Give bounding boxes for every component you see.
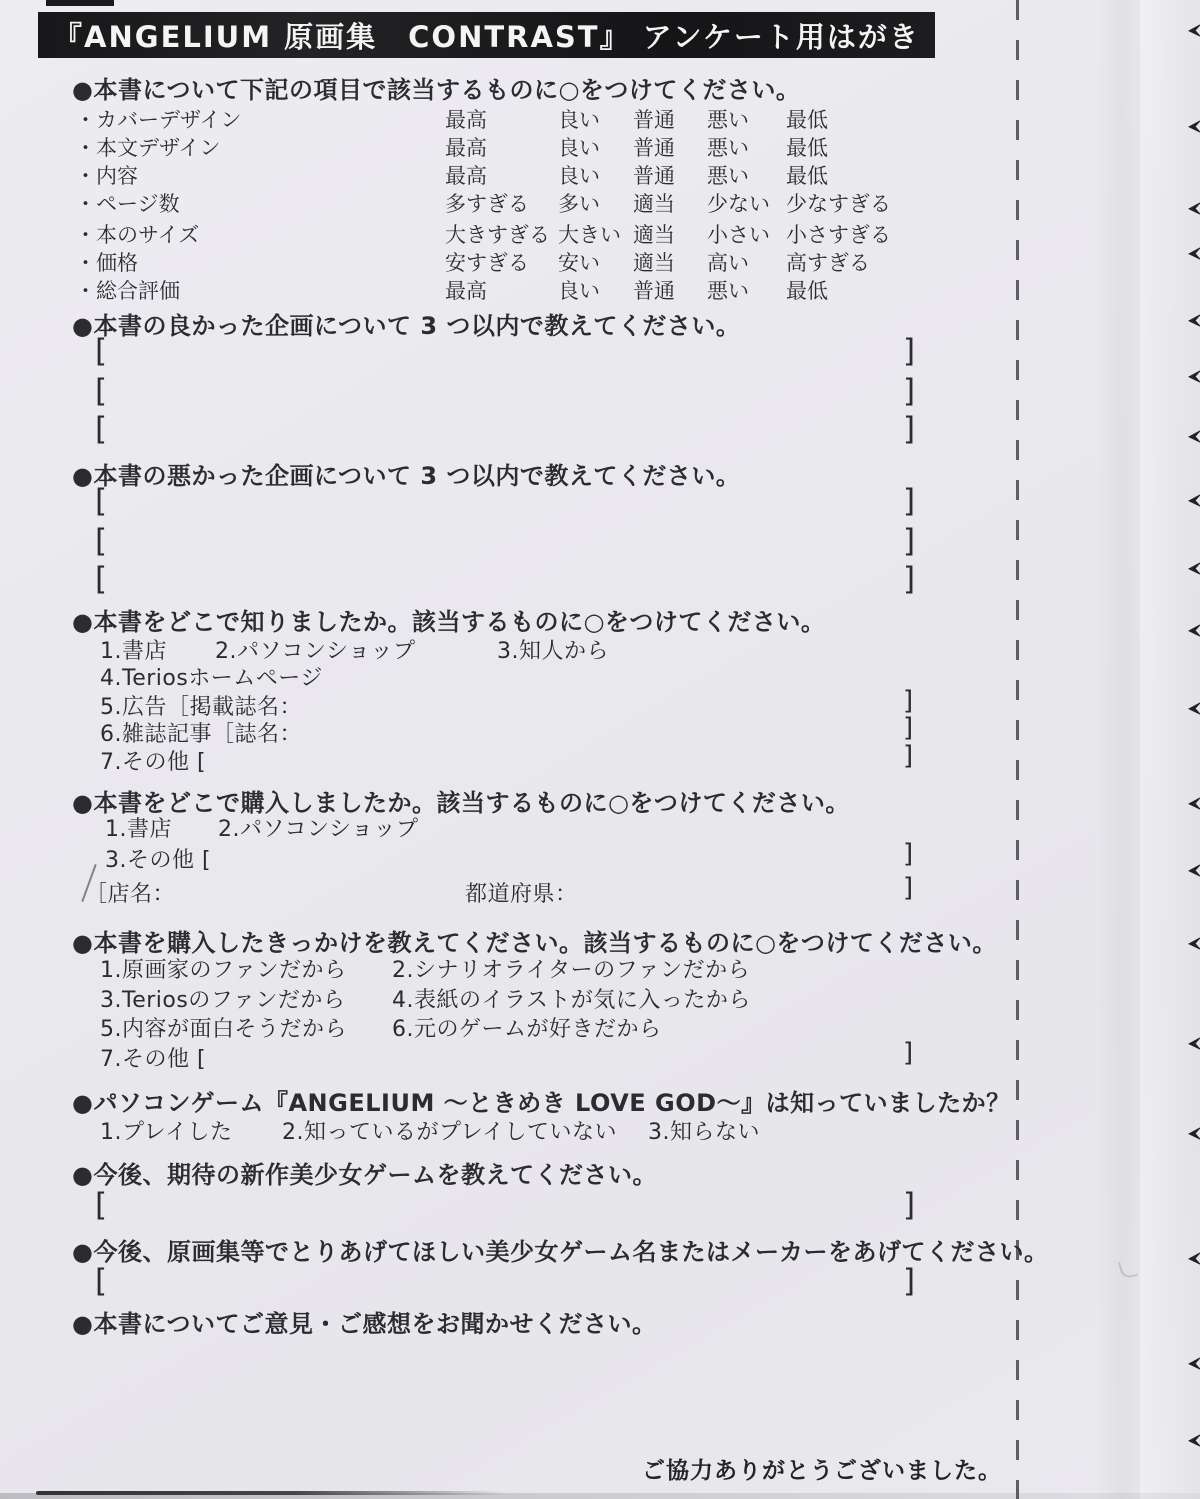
scan-edge-artifact bbox=[46, 0, 114, 6]
bracket-open: [ bbox=[95, 526, 107, 557]
heading-purchase: ●本書をどこで購入しましたか。該当するものに○をつけてください。 bbox=[72, 783, 850, 818]
game-option-unknown: 3.知らない bbox=[648, 1115, 760, 1146]
paper-edge-strip bbox=[1140, 0, 1200, 1499]
title-bar: 『ANGELIUM 原画集 CONTRAST』 アンケート用はがき bbox=[38, 12, 935, 58]
rating-option: 普通 bbox=[633, 104, 675, 134]
bracket-close: ] bbox=[903, 376, 915, 407]
bracket-open: [ bbox=[95, 1190, 107, 1221]
purchase-option-pcshop: 2.パソコンショップ bbox=[218, 812, 419, 843]
trigger-option-3: 3.Teriosのファンだから bbox=[100, 983, 345, 1014]
heading-comments: ●本書についてご意見・ご感想をお聞かせください。 bbox=[72, 1304, 656, 1339]
bracket-open: [ bbox=[95, 336, 107, 367]
rating-label: ・ページ数 bbox=[75, 188, 180, 218]
rating-option: 最低 bbox=[786, 104, 828, 134]
rating-option: 最低 bbox=[786, 160, 828, 190]
answer-blank-field: [ ] bbox=[0, 1266, 1000, 1302]
trigger-option-1: 1.原画家のファンだから bbox=[100, 953, 347, 984]
rating-option: 安い bbox=[558, 247, 600, 277]
rating-option: 大きすぎる bbox=[445, 219, 550, 249]
rating-option: 普通 bbox=[633, 160, 675, 190]
trigger-option-2: 2.シナリオライターのファンだから bbox=[392, 953, 750, 984]
rating-option: 悪い bbox=[707, 132, 749, 162]
bracket-open: [ bbox=[95, 414, 107, 445]
purchase-option-bookstore: 1.書店 bbox=[105, 812, 172, 843]
rating-option: 安すぎる bbox=[445, 247, 529, 277]
heading-game: ●パソコンゲーム『ANGELIUM ～ときめき LOVE GOD～』は知っていま… bbox=[72, 1083, 1011, 1118]
heading-source: ●本書をどこで知りましたか。該当するものに○をつけてください。 bbox=[72, 602, 825, 637]
rating-row-overall: ・総合評価 最高 良い 普通 悪い 最低 bbox=[0, 275, 1000, 301]
bracket-close: ] bbox=[903, 1190, 915, 1221]
trigger-option-4: 4.表紙のイラストが気に入ったから bbox=[392, 983, 751, 1014]
heading-ratings: ●本書について下記の項目で該当するものに○をつけてください。 bbox=[72, 70, 800, 105]
rating-option: 普通 bbox=[633, 275, 675, 305]
rating-option: 最低 bbox=[786, 275, 828, 305]
rating-option: 適当 bbox=[633, 247, 675, 277]
game-option-played: 1.プレイした bbox=[100, 1115, 233, 1146]
rating-option: 良い bbox=[558, 275, 600, 305]
rating-label: ・内容 bbox=[75, 160, 138, 190]
game-option-known-not-played: 2.知っているがプレイしていない bbox=[282, 1115, 617, 1146]
bracket-close: ] bbox=[903, 336, 915, 367]
thanks-message: ご協力ありがとうございました。 bbox=[642, 1452, 1002, 1485]
rating-option: 多い bbox=[558, 188, 600, 218]
rating-option: 高い bbox=[707, 247, 749, 277]
rating-row-cover: ・カバーデザイン 最高 良い 普通 悪い 最低 bbox=[0, 104, 1000, 130]
bracket-close: ] bbox=[903, 841, 913, 867]
answer-blank-field: [ ] bbox=[0, 336, 1000, 372]
bracket-open: [ bbox=[95, 1266, 107, 1297]
rating-option: 悪い bbox=[707, 160, 749, 190]
answer-blank-field: [ ] bbox=[0, 564, 1000, 600]
trigger-option-5: 5.内容が面白そうだから bbox=[100, 1012, 347, 1043]
rating-option: 良い bbox=[558, 160, 600, 190]
answer-blank-field: [ ] bbox=[0, 414, 1000, 450]
rating-row-pages: ・ページ数 多すぎる 多い 適当 少ない 少なすぎる bbox=[0, 188, 1000, 214]
rating-option: 最高 bbox=[445, 104, 487, 134]
rating-option: 大きい bbox=[558, 219, 621, 249]
purchase-prefecture-label: 都道府県： bbox=[465, 877, 578, 908]
bracket-close: ] bbox=[903, 715, 913, 741]
rating-option: 小さすぎる bbox=[786, 219, 891, 249]
rating-label: ・カバーデザイン bbox=[75, 104, 242, 134]
heading-future-games: ●今後、期待の新作美少女ゲームを教えてください。 bbox=[72, 1155, 657, 1190]
bracket-open: [ bbox=[95, 376, 107, 407]
page-title: 『ANGELIUM 原画集 CONTRAST』 アンケート用はがき bbox=[53, 15, 920, 56]
bracket-close: ] bbox=[903, 875, 913, 901]
answer-blank-field: [ ] bbox=[0, 376, 1000, 412]
purchase-option-other: 3.その他 [ bbox=[105, 843, 211, 874]
rating-option: 最高 bbox=[445, 132, 487, 162]
rating-label: ・価格 bbox=[75, 247, 138, 277]
rating-option: 悪い bbox=[707, 275, 749, 305]
questionnaire-postcard-scan: 『ANGELIUM 原画集 CONTRAST』 アンケート用はがき ●本書につい… bbox=[0, 0, 1200, 1499]
rating-row-content: ・内容 最高 良い 普通 悪い 最低 bbox=[0, 160, 1000, 186]
bracket-close: ] bbox=[903, 486, 915, 517]
rating-option: 多すぎる bbox=[445, 188, 529, 218]
rating-option: 悪い bbox=[707, 104, 749, 134]
rating-row-size: ・本のサイズ 大きすぎる 大きい 適当 小さい 小さすぎる bbox=[0, 219, 1000, 245]
purchase-store-name-label: ［店名： bbox=[85, 877, 175, 908]
bracket-close: ] bbox=[903, 1040, 913, 1066]
answer-blank-field: [ ] bbox=[0, 486, 1000, 522]
answer-blank-field: [ ] bbox=[0, 526, 1000, 562]
answer-blank-field: [ ] bbox=[0, 1190, 1000, 1226]
fold-dashed-line bbox=[1016, 0, 1019, 1499]
bracket-close: ] bbox=[903, 688, 913, 714]
trigger-option-7: 7.その他 [ bbox=[100, 1042, 206, 1073]
rating-option: 適当 bbox=[633, 219, 675, 249]
source-option-magazine: 6.雑誌記事［誌名： bbox=[100, 717, 302, 748]
rating-option: 普通 bbox=[633, 132, 675, 162]
rating-option: 高すぎる bbox=[786, 247, 870, 277]
bracket-close: ] bbox=[903, 414, 915, 445]
rating-label: ・本文デザイン bbox=[75, 132, 221, 162]
trigger-option-6: 6.元のゲームが好きだから bbox=[392, 1012, 662, 1043]
rating-label: ・本のサイズ bbox=[75, 219, 199, 249]
bracket-close: ] bbox=[903, 564, 915, 595]
bracket-open: [ bbox=[95, 486, 107, 517]
bracket-close: ] bbox=[903, 743, 913, 769]
rating-label: ・総合評価 bbox=[75, 275, 180, 305]
bracket-open: [ bbox=[95, 564, 107, 595]
rating-option: 少ない bbox=[707, 188, 770, 218]
rating-option: 最高 bbox=[445, 160, 487, 190]
rating-option: 小さい bbox=[707, 219, 770, 249]
heading-request: ●今後、原画集等でとりあげてほしい美少女ゲーム名またはメーカーをあげてください。 bbox=[72, 1232, 1048, 1267]
source-option-friend: 3.知人から bbox=[497, 634, 609, 665]
source-option-homepage: 4.Teriosホームページ bbox=[100, 661, 323, 692]
rating-option: 最低 bbox=[786, 132, 828, 162]
bracket-close: ] bbox=[903, 526, 915, 557]
rating-row-body-design: ・本文デザイン 最高 良い 普通 悪い 最低 bbox=[0, 132, 1000, 158]
rating-option: 良い bbox=[558, 132, 600, 162]
rating-option: 良い bbox=[558, 104, 600, 134]
rating-row-price: ・価格 安すぎる 安い 適当 高い 高すぎる bbox=[0, 247, 1000, 273]
rating-option: 少なすぎる bbox=[786, 188, 891, 218]
scan-bottom-shadow bbox=[0, 1493, 1200, 1499]
rating-option: 最高 bbox=[445, 275, 487, 305]
rating-option: 適当 bbox=[633, 188, 675, 218]
source-option-other: 7.その他 [ bbox=[100, 745, 206, 776]
bracket-close: ] bbox=[903, 1266, 915, 1297]
